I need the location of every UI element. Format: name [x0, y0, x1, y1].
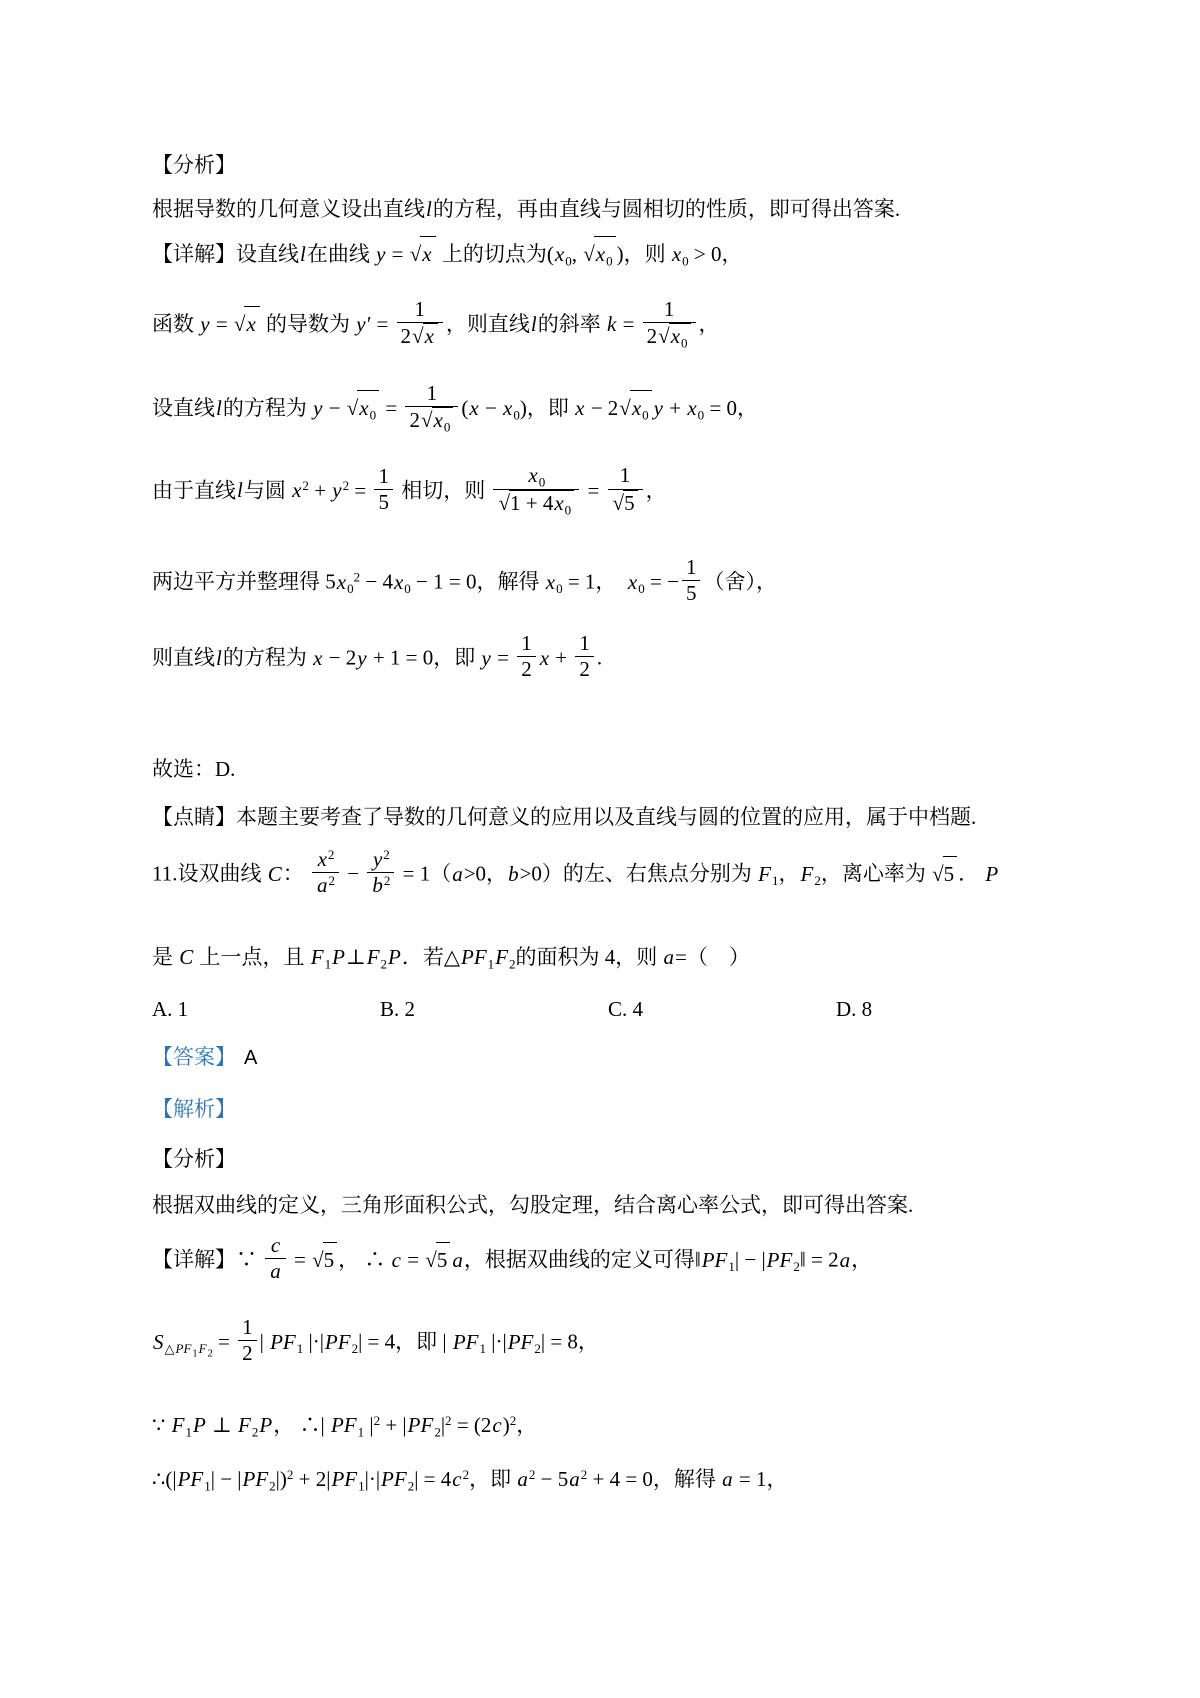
fraction: 1√5: [608, 463, 643, 515]
math-var: x: [671, 242, 682, 266]
radical: √5: [312, 1242, 337, 1277]
math-var: x: [554, 242, 565, 266]
math-var: y: [375, 242, 386, 266]
radicand: x: [420, 236, 435, 271]
text-run: 两边平方并整理得 5: [152, 570, 336, 594]
math-var: y: [481, 646, 492, 670]
denominator: 2√x0: [405, 406, 458, 434]
math-var: a: [568, 1467, 581, 1491]
math-var: P: [984, 862, 999, 886]
denominator: √5: [608, 489, 643, 516]
text-run: +: [550, 646, 572, 670]
math-var: x: [393, 570, 404, 594]
text-run: 设直线: [152, 396, 215, 420]
note-line: 【点睛】本题主要考查了导数的几何意义的应用以及直线与圆的位置的应用，属于中档题.: [152, 800, 1160, 834]
detail2-line-1: 【详解】∵ ca = √5， ∴ c = √5a，根据双曲线的定义可得‖PF1|…: [152, 1236, 1160, 1287]
text-run: | − |: [211, 1467, 242, 1491]
fraction: x2a2: [312, 847, 339, 898]
text-run: |: [364, 1413, 373, 1437]
text-run: =: [380, 396, 402, 420]
document-content: 【分析】根据导数的几何意义设出直线l的方程，再由直线与圆相切的性质，即可得出答案…: [0, 0, 1200, 1698]
text-run: − 2: [323, 646, 356, 670]
radicand: 5: [323, 1242, 338, 1277]
math-var: x: [245, 312, 256, 336]
math-var: PF: [242, 1467, 270, 1491]
math-var: l: [530, 312, 538, 336]
text-run: −: [323, 396, 345, 420]
text-run: −: [342, 862, 364, 886]
text-run: ⊥: [346, 945, 366, 969]
text-run: 2: [521, 657, 532, 681]
text-run: 0: [444, 420, 451, 435]
text-run: | = 4: [414, 1467, 451, 1491]
text-run: 相切，则: [396, 478, 491, 502]
text-run: 0: [370, 408, 377, 423]
text-run: ∵: [152, 1413, 171, 1437]
option-c: C. 4: [608, 992, 836, 1026]
text-run: |): [276, 1467, 287, 1491]
math-var: P: [258, 1413, 273, 1437]
numerator: 1: [517, 631, 536, 656]
math-var: x: [433, 408, 444, 432]
subscript: 0: [444, 420, 451, 435]
text-run: ，: [699, 312, 720, 336]
math-var: a: [451, 1248, 464, 1272]
text-run: +: [309, 478, 331, 502]
math-var: x: [553, 491, 564, 515]
text-run: ， ∴: [338, 1248, 391, 1272]
text-run: = 1，: [734, 1467, 788, 1491]
text-run: 的面积为 4，则: [516, 945, 663, 969]
text-run: =: [582, 478, 604, 502]
denominator: 2√x: [397, 322, 443, 349]
math-var: F: [310, 945, 325, 969]
detail-line-6: 则直线l的方程为 x − 2y + 1 = 0，即 y = 12x + 12.: [152, 634, 1160, 685]
subscript: 0: [565, 502, 572, 517]
document-page: 【分析】根据导数的几何意义设出直线l的方程，再由直线与圆相切的性质，即可得出答案…: [0, 0, 1200, 1698]
blue-label: 【答案】: [152, 1045, 236, 1069]
text-run: + 1 = 0，即: [368, 646, 481, 670]
question-11: 11.设双曲线 C： x2a2 − y2b2 = 1（a>0，b>0）的左、右焦…: [152, 850, 1160, 901]
text-run: △: [165, 1341, 175, 1356]
text-run: +: [664, 396, 686, 420]
text-run: | = 8，: [541, 1330, 599, 1354]
superscript: 2: [383, 847, 390, 862]
radical: √x: [410, 236, 436, 271]
text-run: ，则直线: [446, 312, 530, 336]
radical: √x0: [658, 323, 690, 350]
text-run: | = 4，即 |: [358, 1330, 452, 1354]
numerator: 1: [575, 631, 594, 656]
text-run: 上一点，且: [194, 945, 310, 969]
math-var: F: [800, 862, 815, 886]
text-run: 故选：D.: [152, 757, 235, 781]
math-var: PF: [175, 1341, 193, 1356]
text-run: =: [617, 312, 639, 336]
fraction: 12√x: [397, 297, 443, 349]
subscript: 1: [185, 1425, 192, 1440]
text-run: 5: [324, 1248, 335, 1272]
denominator: 2√x0: [643, 322, 696, 350]
text-run: |·|: [486, 1330, 507, 1354]
math-var: x: [291, 478, 302, 502]
text-run: 函数: [152, 312, 199, 336]
fraction: 12: [517, 631, 536, 682]
radicand: x0: [594, 236, 616, 271]
text-run: ⊥: [207, 1413, 237, 1437]
text-run: |·|: [303, 1330, 324, 1354]
answer-line: 【答案】A: [152, 1040, 1160, 1075]
text-run: 的方程，再由直线与圆相切的性质，即可得出答案.: [433, 197, 900, 221]
math-var: PF: [407, 1413, 435, 1437]
text-run: 的方程为: [223, 646, 312, 670]
text-run: − 4: [360, 570, 393, 594]
math-var: C: [178, 945, 194, 969]
text-run: 1: [521, 631, 532, 655]
text-run: 5: [944, 862, 955, 886]
math-var: x: [424, 324, 435, 348]
analysis2-label: 【分析】: [152, 1142, 1160, 1176]
fraction: 12√x0: [405, 381, 458, 434]
radicand: 5: [436, 1242, 451, 1277]
fraction: 12: [575, 631, 594, 682]
text-run: 2: [579, 657, 590, 681]
text-run: 的导数为: [261, 312, 356, 336]
math-var: y: [331, 478, 342, 502]
text-run: ，即: [469, 1467, 516, 1491]
math-var: C: [267, 862, 283, 886]
text-run: 1: [192, 1349, 197, 1360]
fraction: 12: [238, 1315, 257, 1366]
numerator: x2: [312, 847, 339, 872]
text-run: 的斜率: [538, 312, 606, 336]
text-run: + 2|: [293, 1467, 330, 1491]
radical: √x0: [347, 390, 379, 425]
text-run: = 1，: [563, 570, 627, 594]
math-var: PF: [460, 945, 488, 969]
radical: √x0: [583, 236, 615, 271]
math-var: x: [336, 570, 347, 594]
detail-line-4: 由于直线l与圆 x2 + y2 = 15 相切，则 x0√1 + 4x0 = 1…: [152, 466, 1160, 519]
text-run: ，: [646, 478, 667, 502]
text-run: + 4 = 0，解得: [587, 1467, 721, 1491]
radicand: x: [244, 306, 259, 341]
text-run: ，: [779, 862, 800, 886]
subscript: 0: [642, 408, 649, 423]
math-var: x: [686, 396, 697, 420]
math-var: a: [721, 1467, 734, 1491]
text-run: 0: [539, 475, 546, 490]
math-var: l: [425, 197, 433, 221]
subscript: 0: [539, 475, 546, 490]
radicand: x0: [357, 390, 379, 425]
radicand: 1 + 4x0: [509, 490, 574, 517]
question-11-cont: 是 C 上一点，且 F1P⊥F2P．若△PF1F2的面积为 4，则 a=（ ）: [152, 940, 1160, 974]
math-var: F: [237, 1413, 252, 1437]
text-run: ∴(|: [152, 1467, 177, 1491]
text-run: −: [480, 396, 502, 420]
math-var: PF: [701, 1248, 729, 1272]
math-var: x: [574, 396, 585, 420]
radicand: 5: [943, 856, 958, 891]
text-run: 1: [242, 1315, 253, 1339]
numerator: y2: [367, 847, 394, 872]
denominator: √1 + 4x0: [493, 489, 579, 517]
math-var: P: [331, 945, 346, 969]
math-var: l: [215, 396, 223, 420]
math-var: c: [270, 1233, 281, 1257]
text-run: 0: [606, 254, 613, 269]
math-var: a: [316, 873, 329, 897]
text-run: + |: [380, 1413, 407, 1437]
text-run: = −: [645, 570, 679, 594]
math-var: x: [502, 396, 513, 420]
radical: √x: [234, 306, 260, 341]
text-run: 是: [152, 945, 178, 969]
text-run: 【详解】∵: [152, 1248, 262, 1272]
text-run: ): [617, 242, 624, 266]
text-run: 2: [384, 873, 391, 888]
subscript: 0: [606, 254, 613, 269]
numerator: x0: [493, 463, 579, 489]
text-run: =: [289, 1248, 311, 1272]
subscript: 1: [192, 1349, 197, 1360]
text-run: =: [371, 312, 393, 336]
denominator: a: [265, 1258, 286, 1284]
text-run: ， ∴|: [273, 1413, 330, 1437]
math-var: b: [507, 862, 520, 886]
superscript: 2: [329, 873, 336, 888]
blue-label: 【解析】: [152, 1097, 236, 1121]
math-var: x: [670, 324, 681, 348]
math-var: y: [199, 312, 210, 336]
math-var: x: [468, 396, 479, 420]
answer-letter: A: [236, 1047, 257, 1069]
math-var: x: [595, 242, 606, 266]
superscript: 2: [328, 847, 335, 862]
math-var: c: [391, 1248, 402, 1272]
text-run: 根据导数的几何意义设出直线: [152, 197, 425, 221]
text-run: ，: [851, 1248, 872, 1272]
numerator: c: [265, 1233, 286, 1258]
text-run: 2: [242, 1341, 253, 1365]
radical: √x0: [619, 390, 651, 425]
text-run: 1: [686, 555, 697, 579]
text-run: 0: [642, 408, 649, 423]
text-run: 由于直线: [152, 478, 236, 502]
detail2-line-3: ∵ F1P ⊥ F2P， ∴| PF1 |2 + |PF2|2 = (2c)2，: [152, 1408, 1160, 1442]
radicand: x0: [432, 407, 454, 434]
text-run: 1: [620, 463, 631, 487]
text-run: ，离心率为: [821, 862, 931, 886]
text-run: 0: [681, 336, 688, 351]
math-var: PF: [269, 1330, 297, 1354]
radical: √x: [412, 323, 438, 349]
math-var: c: [491, 1413, 502, 1437]
detail-line-1: 【详解】设直线l在曲线 y = √x 上的切点为(x0, √x0)，则 x0 >…: [152, 236, 1160, 271]
text-run: =: [492, 646, 514, 670]
math-var: x: [545, 570, 556, 594]
math-var: c: [451, 1467, 462, 1491]
denominator: 5: [374, 489, 393, 515]
text-run: 5: [378, 490, 389, 514]
analysis-text: 根据导数的几何意义设出直线l的方程，再由直线与圆相切的性质，即可得出答案.: [152, 192, 1160, 226]
text-run: 1: [427, 381, 438, 405]
radical: √1 + 4x0: [498, 490, 574, 517]
math-var: PF: [324, 1330, 352, 1354]
text-run: | − |: [735, 1248, 766, 1272]
math-var: y′: [355, 312, 371, 336]
text-run: |·|: [365, 1467, 380, 1491]
text-run: 2: [329, 873, 336, 888]
analysis-label: 【分析】: [152, 148, 1160, 182]
radicand: x0: [669, 323, 691, 350]
options-row: A. 1B. 2C. 4D. 8: [152, 992, 1160, 1026]
math-var: PF: [452, 1330, 480, 1354]
math-var: P: [192, 1413, 207, 1437]
fraction: ca: [265, 1233, 286, 1284]
text-run: 2: [401, 324, 412, 348]
text-run: 5: [624, 491, 635, 515]
math-var: a: [839, 1248, 852, 1272]
math-var: l: [299, 242, 307, 266]
denominator: a2: [312, 872, 339, 898]
text-run: ：: [283, 862, 309, 886]
text-run: ): [503, 1413, 510, 1437]
math-var: x: [631, 396, 642, 420]
math-var: P: [387, 945, 402, 969]
text-run: ．若△: [402, 945, 460, 969]
math-var: a: [451, 862, 464, 886]
radical: √5: [613, 490, 638, 516]
superscript: 2: [384, 873, 391, 888]
detail-line-2: 函数 y = √x 的导数为 y′ = 12√x，则直线l的斜率 k = 12√…: [152, 300, 1160, 353]
denominator: 2: [575, 656, 594, 682]
math-var: y: [312, 396, 323, 420]
math-var: PF: [330, 1467, 358, 1491]
numerator: 1: [374, 464, 393, 489]
conclusion-line: 故选：D.: [152, 752, 1160, 786]
text-run: ，根据双曲线的定义可得: [464, 1248, 695, 1272]
math-var: PF: [766, 1248, 794, 1272]
fraction: y2b2: [367, 847, 394, 898]
text-run: = 0，: [704, 396, 758, 420]
text-run: 11.设双曲线: [152, 862, 267, 886]
numerator: 1: [643, 297, 696, 322]
radical: √5: [425, 1242, 450, 1277]
text-run: ‖ = 2: [800, 1248, 839, 1272]
math-var: F: [171, 1413, 186, 1437]
fraction: 15: [682, 555, 701, 606]
text-run: （舍），: [703, 570, 777, 594]
math-var: F: [757, 862, 772, 886]
math-var: k: [606, 312, 617, 336]
math-var: PF: [177, 1467, 205, 1491]
text-run: 【分析】: [152, 1147, 236, 1171]
numerator: 1: [397, 297, 443, 322]
text-run: =（ ）: [675, 945, 750, 969]
text-run: 1: [185, 1425, 192, 1440]
math-var: l: [236, 478, 244, 502]
math-var: S: [152, 1330, 165, 1354]
text-run: 上的切点为(: [437, 242, 554, 266]
text-run: .: [597, 646, 602, 670]
radicand: x: [423, 323, 438, 349]
numerator: 1: [238, 1315, 257, 1340]
math-var: PF: [507, 1330, 535, 1354]
text-run: 1: [414, 297, 425, 321]
text-run: =: [402, 1248, 424, 1272]
numerator: 1: [608, 463, 643, 488]
text-run: =: [211, 312, 233, 336]
text-run: 【点睛】本题主要考查了导数的几何意义的应用以及直线与圆的位置的应用，属于中档题.: [152, 805, 976, 829]
radicand: x0: [630, 390, 652, 425]
text-run: 则直线: [152, 646, 215, 670]
math-var: x: [312, 646, 323, 670]
math-var: y: [356, 646, 367, 670]
math-var: y: [653, 396, 664, 420]
analysis2-text: 根据双曲线的定义，三角形面积公式，勾股定理，结合离心率公式，即可得出答案.: [152, 1188, 1160, 1222]
text-run: ，即: [527, 396, 574, 420]
text-run: = 1（: [397, 862, 451, 886]
denominator: 5: [682, 580, 701, 606]
text-run: ): [520, 396, 527, 420]
text-run: 1: [378, 464, 389, 488]
text-run: 【详解】设直线: [152, 242, 299, 266]
math-var: x: [358, 396, 369, 420]
subscript: 0: [370, 408, 377, 423]
denominator: b2: [367, 872, 394, 898]
text-run: 0: [565, 502, 572, 517]
option-a: A. 1: [152, 992, 380, 1026]
fraction: 15: [374, 464, 393, 515]
math-var: a: [663, 945, 676, 969]
text-run: 的方程为: [223, 396, 312, 420]
text-run: 【分析】: [152, 153, 236, 177]
text-run: 在曲线: [307, 242, 375, 266]
text-run: ‖: [695, 1248, 701, 1272]
math-var: PF: [380, 1467, 408, 1491]
text-run: 1: [579, 631, 590, 655]
fraction: 12√x0: [643, 297, 696, 350]
text-run: >0）的左、右焦点分别为: [520, 862, 758, 886]
numerator: 1: [405, 381, 458, 406]
math-var: x: [317, 847, 328, 871]
text-run: − 1 = 0，解得: [411, 570, 545, 594]
denominator: 2: [238, 1340, 257, 1366]
text-run: ，则: [624, 242, 671, 266]
math-var: PF: [330, 1413, 358, 1437]
math-var: a: [269, 1259, 282, 1283]
text-run: 2: [383, 847, 390, 862]
detail-line-3: 设直线l的方程为 y − √x0 = 12√x0(x − x0)，即 x − 2…: [152, 384, 1160, 437]
text-run: 根据双曲线的定义，三角形面积公式，勾股定理，结合离心率公式，即可得出答案.: [152, 1193, 913, 1217]
detail-line-5: 两边平方并整理得 5x02 − 4x0 − 1 = 0，解得 x0 = 1， x…: [152, 558, 1160, 609]
denominator: 2: [517, 656, 536, 682]
text-run: 5: [686, 581, 697, 605]
text-run: > 0，: [689, 242, 743, 266]
math-var: x: [539, 646, 550, 670]
option-d: D. 8: [836, 992, 872, 1026]
text-run: ,: [572, 242, 583, 266]
text-run: =: [386, 242, 408, 266]
text-run: 2: [647, 324, 658, 348]
text-run: |: [260, 1330, 269, 1354]
text-run: 2: [409, 408, 420, 432]
text-run: − 5: [535, 1467, 568, 1491]
subscript: 0: [681, 336, 688, 351]
detail2-line-4: ∴(|PF1| − |PF2|)2 + 2|PF1|·|PF2| = 4c2，即…: [152, 1462, 1160, 1496]
